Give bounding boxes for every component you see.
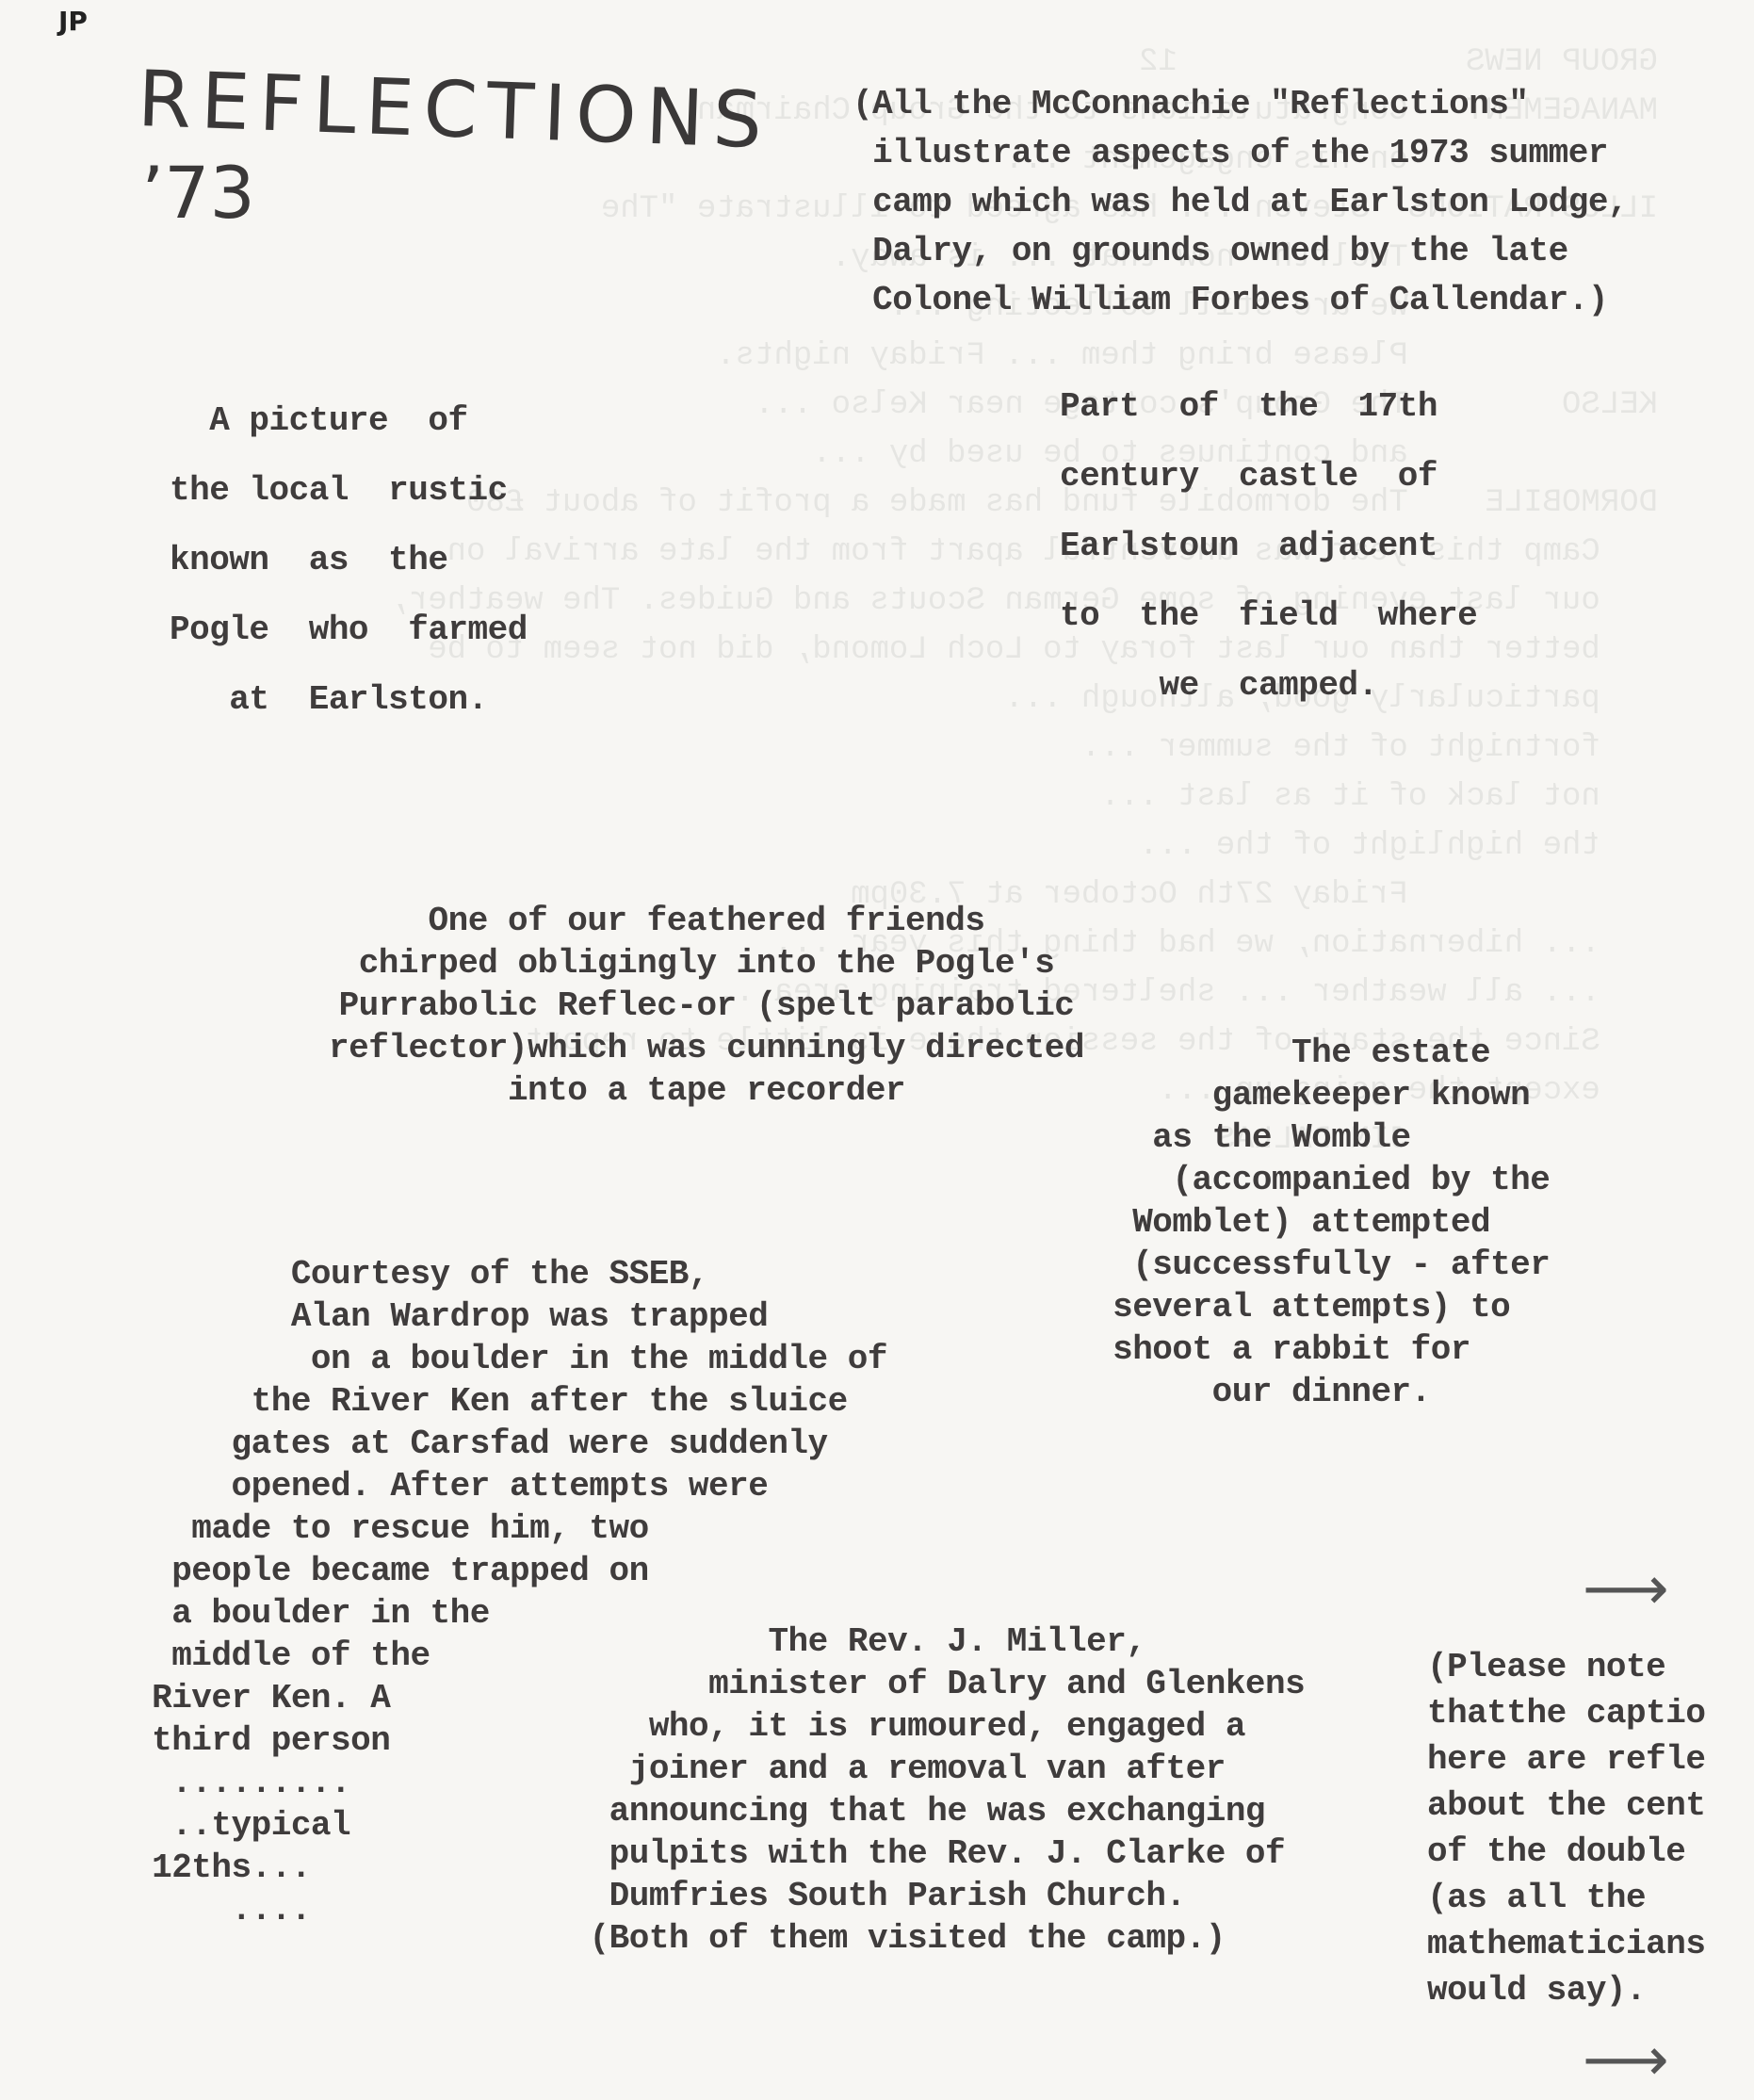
caption-line: Earlstoun adjacent	[1060, 512, 1477, 581]
caption-line: into a tape recorder	[245, 1069, 1168, 1112]
caption-line: at Earlston.	[170, 665, 528, 735]
note-line: would say).	[1427, 1967, 1705, 2013]
caption-womble: The estate gamekeeper known as the Wombl…	[1093, 1032, 1550, 1413]
intro-line: illustrate aspects of the 1973 summer	[853, 129, 1628, 178]
note-paragraph: (Please note thatthe captio here are ref…	[1427, 1644, 1705, 2013]
caption-line: A picture of	[170, 386, 528, 456]
arrow-right-icon: ⟶	[1583, 1555, 1669, 1624]
caption-miller: The Rev. J. Miller, minister of Dalry an…	[490, 1620, 1305, 1960]
caption-line: known as the	[170, 526, 528, 595]
caption-line: we camped.	[1060, 651, 1477, 721]
caption-line: pulpits with the Rev. J. Clarke of	[490, 1832, 1305, 1875]
note-line: (Please note	[1427, 1644, 1705, 1690]
intro-line: (All the McConnachie "Reflections"	[853, 80, 1628, 129]
caption-line: Courtesy of the SSEB,	[132, 1253, 887, 1295]
caption-line: announcing that he was exchanging	[490, 1790, 1305, 1832]
arrow-right-icon: ⟶	[1583, 2026, 1669, 2095]
caption-line: the local rustic	[170, 456, 528, 526]
caption-line: The Rev. J. Miller,	[490, 1620, 1305, 1663]
caption-line: Purrabolic Reflec-or (spelt parabolic	[245, 985, 1168, 1027]
caption-line: One of our feathered friends	[245, 900, 1168, 942]
caption-line: (accompanied by the	[1093, 1159, 1550, 1201]
caption-line: chirped obligingly into the Pogle's	[245, 942, 1168, 985]
caption-line: The estate	[1093, 1032, 1550, 1074]
caption-pogle: A picture of the local rustic known as t…	[170, 386, 528, 735]
caption-line: Pogle who farmed	[170, 595, 528, 665]
caption-castle: Part of the 17th century castle of Earls…	[1060, 372, 1477, 721]
caption-line: as the Womble	[1093, 1116, 1550, 1159]
caption-line: shoot a rabbit for	[1093, 1328, 1550, 1371]
caption-line: opened. After attempts were	[132, 1465, 887, 1507]
caption-line: Dumfries South Parish Church.	[490, 1875, 1305, 1917]
caption-line: Part of the 17th	[1060, 372, 1477, 442]
intro-paragraph: (All the McConnachie "Reflections" illus…	[853, 80, 1628, 325]
caption-line: joiner and a removal van after	[490, 1748, 1305, 1790]
caption-line: Alan Wardrop was trapped	[132, 1295, 887, 1338]
caption-line: gates at Carsfad were suddenly	[132, 1423, 887, 1465]
note-line: about the cent	[1427, 1783, 1705, 1829]
intro-line: Dalry, on grounds owned by the late	[853, 227, 1628, 276]
caption-line: several attempts) to	[1093, 1286, 1550, 1328]
note-line: of the double	[1427, 1829, 1705, 1875]
caption-line: century castle of	[1060, 442, 1477, 512]
caption-line: Womblet) attempted	[1093, 1201, 1550, 1244]
note-line: here are refle	[1427, 1736, 1705, 1783]
caption-line: who, it is rumoured, engaged a	[490, 1705, 1305, 1748]
caption-line: made to rescue him, two	[132, 1507, 887, 1550]
note-line: (as all the	[1427, 1875, 1705, 1921]
intro-line: camp which was held at Earlston Lodge,	[853, 178, 1628, 227]
intro-line: Colonel William Forbes of Callendar.)	[853, 276, 1628, 325]
caption-bird: One of our feathered friends chirped obl…	[245, 900, 1168, 1112]
caption-line: reflector)which was cunningly directed	[245, 1027, 1168, 1069]
note-line: mathematicians	[1427, 1921, 1705, 1967]
caption-line: (Both of them visited the camp.)	[490, 1917, 1305, 1960]
caption-line: our dinner.	[1093, 1371, 1550, 1413]
caption-line: to the field where	[1060, 581, 1477, 651]
caption-line: (successfully - after	[1093, 1244, 1550, 1286]
page-year: ’73	[141, 151, 255, 235]
caption-line: on a boulder in the middle of	[132, 1338, 887, 1380]
corner-mark: JP	[58, 6, 88, 37]
caption-line: minister of Dalry and Glenkens	[490, 1663, 1305, 1705]
caption-line: the River Ken after the sluice	[132, 1380, 887, 1423]
note-line: thatthe captio	[1427, 1690, 1705, 1736]
page-title: REFLECTIONS	[137, 55, 773, 166]
caption-line: people became trapped on	[132, 1550, 887, 1592]
caption-line: gamekeeper known	[1093, 1074, 1550, 1116]
